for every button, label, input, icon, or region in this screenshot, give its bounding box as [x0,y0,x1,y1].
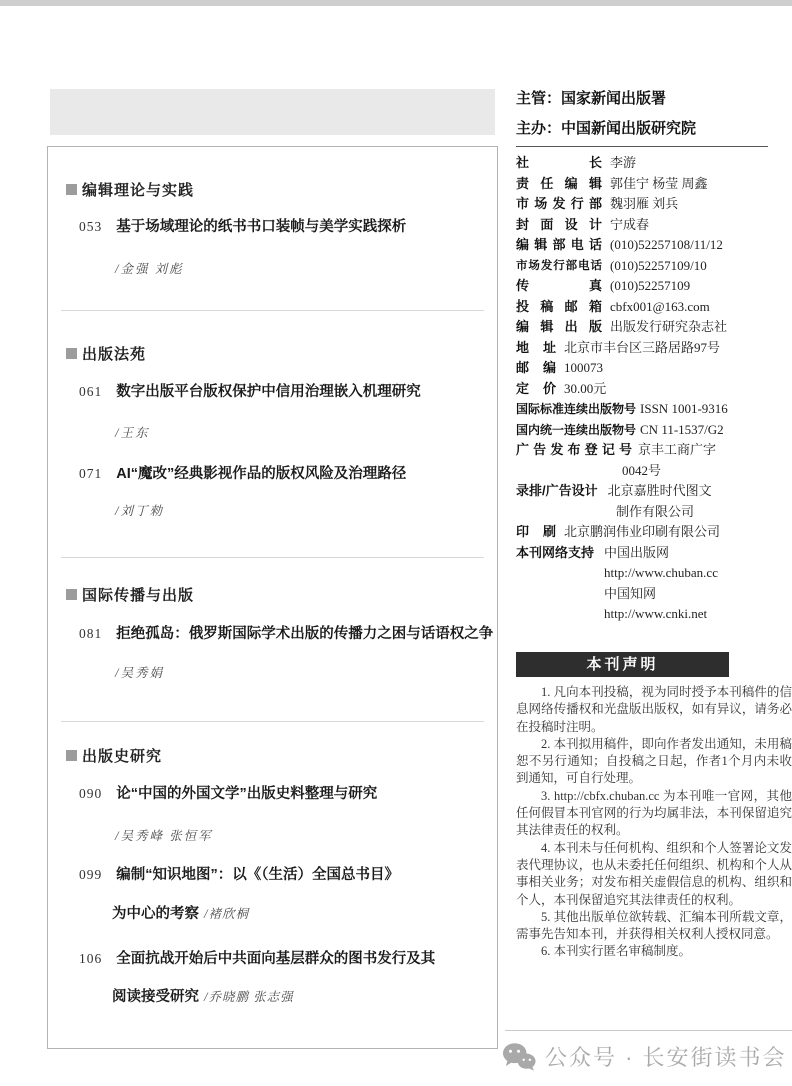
masthead-row-cont: http://www.cnki.net [516,604,792,625]
masthead-value: 京丰工商广字 [638,442,716,457]
masthead-label: 编辑部电话 [516,235,602,256]
toc-section-title: 国际传播与出版 [66,584,194,605]
declaration-body: 1. 凡向本刊投稿，视为同时授予本刊稿件的信息网络传播权和光盘版出版权，如有异议… [516,684,792,961]
article-authors: /刘丁勑 [115,501,164,519]
masthead-label: 传真 [516,276,602,297]
article-title: 基于场域理论的纸书书口装帧与美学实践探析 [116,219,406,235]
masthead-value: cbfx001@163.com [610,299,710,314]
masthead-value: 魏羽雁 刘兵 [610,196,678,211]
article-title: 编制“知识地图”：以《（生活）全国总书目》 [116,867,399,883]
section-label: 出版史研究 [82,748,162,765]
article-title: AI“魔改”经典影视作品的版权风险及治理路径 [116,466,406,482]
masthead-row: 印刷北京鹏润伟业印刷有限公司 [516,522,792,543]
section-square-icon [66,750,77,761]
toc-entry: 099编制“知识地图”：以《（生活）全国总书目》 [79,863,399,884]
masthead-value: 中国出版网 [604,545,669,560]
toc-entry: 090论“中国的外国文学”出版史料整理与研究 [79,782,377,803]
masthead-row: 传真(010)52257109 [516,276,792,297]
article-authors: /王东 [115,423,149,441]
masthead-row: 社长李游 [516,153,792,174]
website-url: http://www.chuban.cc [604,565,718,580]
footer-account-label: 公众号 · 长安街读书会 [545,1041,787,1072]
section-divider [61,557,484,558]
section-square-icon [66,348,77,359]
masthead-label: 国内统一连续出版物号 [516,420,636,441]
masthead-value: 出版发行研究杂志社 [610,319,727,334]
page-number: 053 [79,219,102,234]
page-number: 099 [79,867,102,882]
masthead-label: 社长 [516,153,602,174]
masthead-row: 广告发布登记号京丰工商广字 [516,440,792,461]
toc-section-title: 编辑理论与实践 [66,179,194,200]
page-number: 071 [79,466,102,481]
masthead-header: 主管：国家新闻出版署 主办：中国新闻出版研究院 [516,84,768,147]
declaration-banner: 本刊声明 [516,652,729,677]
article-authors: /吴秀峰 张恒军 [115,826,213,844]
footer: 公众号 · 长安街读书会 [502,1041,787,1072]
masthead-label: 责任编辑 [516,174,602,195]
masthead-row: 编辑部电话(010)52257108/11/12 [516,235,792,256]
masthead-row-cont: http://www.chuban.cc [516,563,792,584]
declaration-item: 2. 本刊拟用稿件，即向作者发出通知，未用稿恕不另行通知；自投稿之日起，作者1个… [516,736,792,788]
masthead-value: 北京市丰台区三路居路97号 [564,340,720,355]
masthead-value: 30.00元 [564,381,606,396]
masthead-label: 本刊网络支持 [516,543,594,564]
website-url: http://www.cnki.net [604,606,707,621]
section-square-icon [66,589,77,600]
masthead-row-cont: 0042号 [516,461,792,482]
masthead-label: 国际标准连续出版物号 [516,399,636,420]
masthead-row: 责任编辑郭佳宁 杨莹 周鑫 [516,174,792,195]
article-authors: /金强 刘彪 [115,259,184,277]
masthead-value: 制作有限公司 [616,504,694,519]
declaration-item: 3. http://cbfx.chuban.cc 为本刊唯一官网，其他任何假冒本… [516,788,792,840]
toc-entry: 106全面抗战开始后中共面向基层群众的图书发行及其 [79,947,435,968]
masthead-label: 投稿邮箱 [516,297,602,318]
masthead-value: (010)52257109 [610,278,690,293]
masthead-label: 录排/广告设计 [516,481,598,502]
page-number: 081 [79,626,102,641]
masthead-label: 印刷 [516,522,556,543]
article-authors: /吴秀娟 [115,663,164,681]
article-title: 拒绝孤岛：俄罗斯国际学术出版的传播力之困与话语权之争 [116,626,493,642]
masthead-value: 中国知网 [604,586,656,601]
toc-box: 编辑理论与实践 053基于场域理论的纸书书口装帧与美学实践探析 /金强 刘彪 出… [47,146,498,1049]
article-authors: /乔晓鹏 张志强 [204,990,294,1004]
section-square-icon [66,184,77,195]
page-top-edge [0,0,792,6]
masthead-row-cont: 制作有限公司 [516,502,792,523]
section-label: 编辑理论与实践 [82,182,194,199]
masthead-value: ISSN 1001-9316 [640,401,728,416]
masthead-value: (010)52257108/11/12 [610,237,723,252]
article-title: 论“中国的外国文学”出版史料整理与研究 [116,786,377,802]
declaration-item: 5. 其他出版单位欲转载、汇编本刊所载文章，需事先告知本刊，并获得相关权利人授权… [516,909,792,944]
masthead-label: 地址 [516,338,556,359]
masthead-row: 编辑出版出版发行研究杂志社 [516,317,792,338]
masthead-value: 100073 [564,360,603,375]
masthead-value: 郭佳宁 杨莹 周鑫 [610,176,708,191]
declaration-item: 4. 本刊未与任何机构、组织和个人签署论文发表代理协议，也从未委托任何组织、机构… [516,840,792,909]
masthead-label: 封面设计 [516,215,602,236]
masthead-row: 市场发行部电话(010)52257109/10 [516,256,792,277]
organizer-line: 主办：中国新闻出版研究院 [516,114,768,144]
supervisor-line: 主管：国家新闻出版署 [516,84,768,114]
masthead-row-cont: 中国知网 [516,584,792,605]
masthead-info: 社长李游 责任编辑郭佳宁 杨莹 周鑫 市场发行部魏羽雁 刘兵 封面设计宁成春 编… [516,153,792,625]
masthead-row: 本刊网络支持中国出版网 [516,543,792,564]
section-divider [61,721,484,722]
masthead-label: 编辑出版 [516,317,602,338]
masthead-row: 地址北京市丰台区三路居路97号 [516,338,792,359]
page-number: 090 [79,786,102,801]
masthead-label: 市场发行部电话 [516,256,602,277]
toc-entry: 061数字出版平台版权保护中信用治理嵌入机理研究 [79,380,421,401]
section-label: 出版法苑 [82,346,146,363]
toc-entry: 071AI“魔改”经典影视作品的版权风险及治理路径 [79,462,406,483]
article-title: 全面抗战开始后中共面向基层群众的图书发行及其 [116,951,435,967]
masthead-row: 国际标准连续出版物号ISSN 1001-9316 [516,399,792,420]
wechat-icon [502,1042,536,1071]
declaration-item: 1. 凡向本刊投稿，视为同时授予本刊稿件的信息网络传播权和光盘版出版权，如有异议… [516,684,792,736]
article-title: 数字出版平台版权保护中信用治理嵌入机理研究 [116,384,421,400]
masthead-value: (010)52257109/10 [610,258,707,273]
masthead-row: 定价30.00元 [516,379,792,400]
masthead-value: 宁成春 [610,217,649,232]
masthead-row: 录排/广告设计北京嘉胜时代图文 [516,481,792,502]
journal-contents-page: { "colors": { "declaration_banner_bg": "… [0,0,792,1086]
masthead-row: 封面设计宁成春 [516,215,792,236]
page-number: 106 [79,951,102,966]
masthead-value: 北京鹏润伟业印刷有限公司 [564,524,720,539]
masthead-row: 国内统一连续出版物号CN 11-1537/G2 [516,420,792,441]
masthead-row: 市场发行部魏羽雁 刘兵 [516,194,792,215]
article-title-line2: 阅读接受研究/乔晓鹏 张志强 [112,985,294,1006]
masthead-label: 广告发布登记号 [516,440,632,461]
masthead-row: 投稿邮箱cbfx001@163.com [516,297,792,318]
masthead-label: 定价 [516,379,556,400]
article-authors: /褚欣桐 [204,907,249,921]
masthead-value: 北京嘉胜时代图文 [608,483,712,498]
masthead-label: 市场发行部 [516,194,602,215]
section-divider [61,310,484,311]
header-gray-placeholder [50,89,495,135]
toc-entry: 081拒绝孤岛：俄罗斯国际学术出版的传播力之困与话语权之争 [79,622,493,643]
masthead-value: CN 11-1537/G2 [640,422,724,437]
masthead-value: 李游 [610,155,636,170]
footer-divider [505,1030,792,1031]
toc-section-title: 出版史研究 [66,745,162,766]
masthead-label: 邮编 [516,358,556,379]
masthead-row: 邮编100073 [516,358,792,379]
article-title-line2: 为中心的考察/褚欣桐 [112,902,249,923]
section-label: 国际传播与出版 [82,587,194,604]
toc-entry: 053基于场域理论的纸书书口装帧与美学实践探析 [79,215,406,236]
toc-section-title: 出版法苑 [66,343,146,364]
declaration-item: 6. 本刊实行匿名审稿制度。 [516,943,792,960]
page-number: 061 [79,384,102,399]
masthead-value: 0042号 [622,463,661,478]
